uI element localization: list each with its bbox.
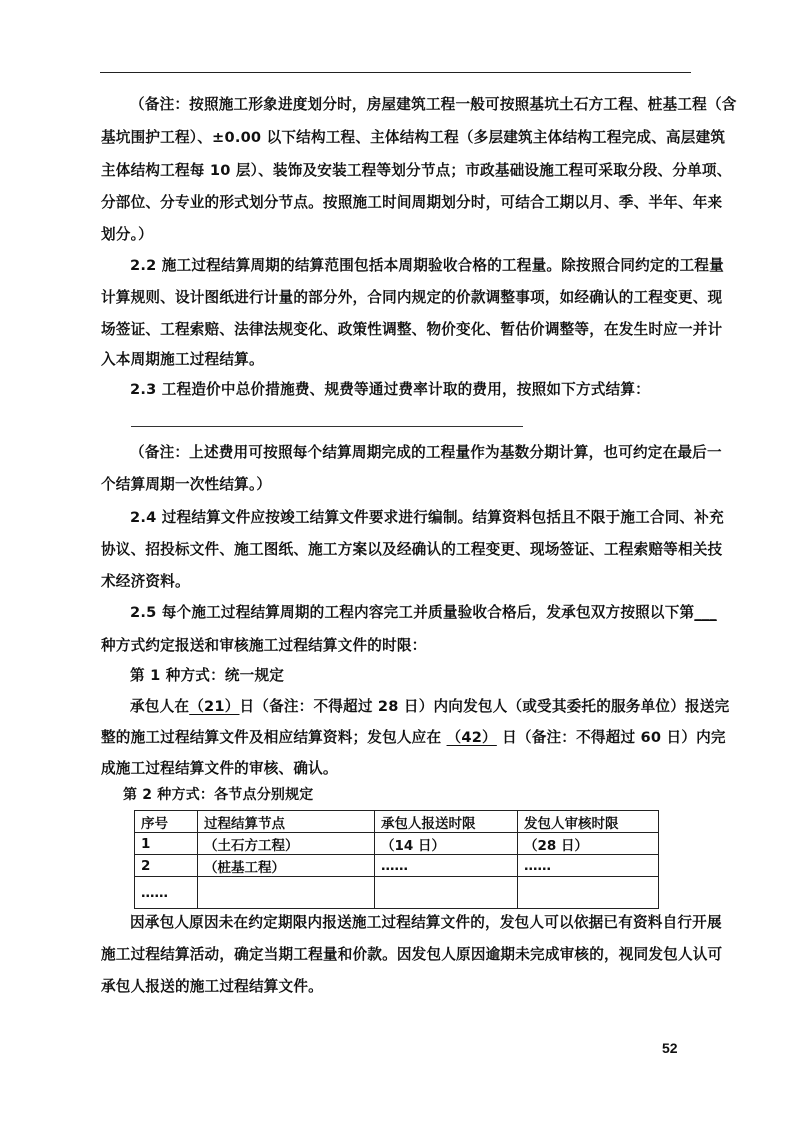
table-cell: 2 xyxy=(135,855,198,877)
table-header-cell: 发包人审核时限 xyxy=(518,811,659,833)
page-number: 52 xyxy=(662,1040,678,1056)
header-rule xyxy=(100,72,691,73)
method-1-line-1: 承包人在（21）日（备注：不得超过 28 日）内向发包人（或受其委托的服务单位）… xyxy=(130,697,729,717)
method-1-text: 日（备注：不得超过 60 日）内完 xyxy=(497,729,726,746)
table-cell: …… xyxy=(375,855,518,877)
table-cell: （28 日） xyxy=(518,833,659,855)
table-row: …… xyxy=(135,877,659,909)
submission-days-value[interactable]: （21） xyxy=(189,698,239,715)
note-1-line-3: 主体结构工程每 10 层）、装饰及安装工程等划分节点；市政基础设施工程可采取分段… xyxy=(101,161,691,181)
clause-2-4-line-1: 2.4 过程结算文件应按竣工结算文件要求进行编制。结算资料包括且不限于施工合同、… xyxy=(130,508,691,528)
table-row: 2 （桩基工程） …… …… xyxy=(135,855,659,877)
closing-line-3: 承包人报送的施工过程结算文件。 xyxy=(101,977,323,997)
method-1-line-3: 成施工过程结算文件的审核、确认。 xyxy=(101,759,338,779)
clause-2-5-text: 2.5 每个施工过程结算周期的工程内容完工并质量验收合格后，发承包双方按照以下第 xyxy=(130,604,694,621)
settlement-node-table: 序号 过程结算节点 承包人报送时限 发包人审核时限 1 （土石方工程） （14 … xyxy=(134,810,659,909)
table-cell: …… xyxy=(135,877,198,909)
clause-2-4-line-3: 术经济资料。 xyxy=(101,572,190,592)
table-cell xyxy=(198,877,375,909)
table-header-cell: 过程结算节点 xyxy=(198,811,375,833)
table-cell: （14 日） xyxy=(375,833,518,855)
table-cell: （桩基工程） xyxy=(198,855,375,877)
method-1-line-2: 整的施工过程结算文件及相应结算资料；发包人应在 （42） 日（备注：不得超过 6… xyxy=(101,728,726,748)
method-1-text: 承包人在 xyxy=(130,698,189,715)
closing-line-1: 因承包人原因未在约定期限内报送施工过程结算文件的，发包人可以依据已有资料自行开展 xyxy=(130,913,691,933)
note-1-line-5: 划分。） xyxy=(101,225,153,245)
method-1-text: 整的施工过程结算文件及相应结算资料；发包人应在 xyxy=(101,729,447,746)
clause-2-2-line-3: 场签证、工程索赔、法律法规变化、政策性调整、物价变化、暂估价调整等，在发生时应一… xyxy=(101,320,691,340)
table-header-cell: 序号 xyxy=(135,811,198,833)
table-cell: （土石方工程） xyxy=(198,833,375,855)
method-2-title: 第 2 种方式：各节点分别规定 xyxy=(123,785,314,805)
table-cell: …… xyxy=(518,855,659,877)
table-header-cell: 承包人报送时限 xyxy=(375,811,518,833)
note-1-line-1: （备注：按照施工形象进度划分时，房屋建筑工程一般可按照基坑土石方工程、桩基工程（… xyxy=(130,95,691,115)
note-1-line-4: 分部位、分专业的形式划分节点。按照施工时间周期划分时，可结合工期以月、季、半年、… xyxy=(101,193,691,213)
clause-2-5-line-1: 2.5 每个施工过程结算周期的工程内容完工并质量验收合格后，发承包双方按照以下第… xyxy=(130,603,717,623)
method-1-text: 日（备注：不得超过 28 日）内向发包人（或受其委托的服务单位）报送完 xyxy=(239,698,729,715)
table-row: 1 （土石方工程） （14 日） （28 日） xyxy=(135,833,659,855)
table-cell xyxy=(518,877,659,909)
review-days-value[interactable]: （42） xyxy=(447,729,497,746)
clause-2-4-line-2: 协议、招投标文件、施工图纸、施工方案以及经确认的工程变更、现场签证、工程索赔等相… xyxy=(101,540,691,560)
table-cell: 1 xyxy=(135,833,198,855)
note-2-line-2: 个结算周期一次性结算。） xyxy=(101,475,271,495)
table-cell xyxy=(375,877,518,909)
clause-2-5-line-2: 种方式约定报送和审核施工过程结算文件的时限： xyxy=(101,636,426,656)
closing-line-2: 施工过程结算活动，确定当期工程量和价款。因发包人原因逾期未完成审核的，视同发包人… xyxy=(101,945,691,965)
clause-2-5-blank[interactable]: ___ xyxy=(694,604,717,621)
note-2-line-1: （备注：上述费用可按照每个结算周期完成的工程量作为基数分期计算，也可约定在最后一 xyxy=(130,443,691,463)
clause-2-2-line-1: 2.2 施工过程结算周期的结算范围包括本周期验收合格的工程量。除按照合同约定的工… xyxy=(130,256,691,276)
clause-2-3-blank-field[interactable] xyxy=(131,426,523,427)
clause-2-3: 2.3 工程造价中总价措施费、规费等通过费率计取的费用，按照如下方式结算： xyxy=(130,380,650,400)
clause-2-2-line-4: 入本周期施工过程结算。 xyxy=(101,350,264,370)
table-header-row: 序号 过程结算节点 承包人报送时限 发包人审核时限 xyxy=(135,811,659,833)
note-1-line-2: 基坑围护工程）、±0.00 以下结构工程、主体结构工程（多层建筑主体结构工程完成… xyxy=(101,128,691,148)
method-1-title: 第 1 种方式：统一规定 xyxy=(130,666,284,686)
clause-2-2-line-2: 计算规则、设计图纸进行计量的部分外，合同内规定的价款调整事项，如经确认的工程变更… xyxy=(101,288,691,308)
